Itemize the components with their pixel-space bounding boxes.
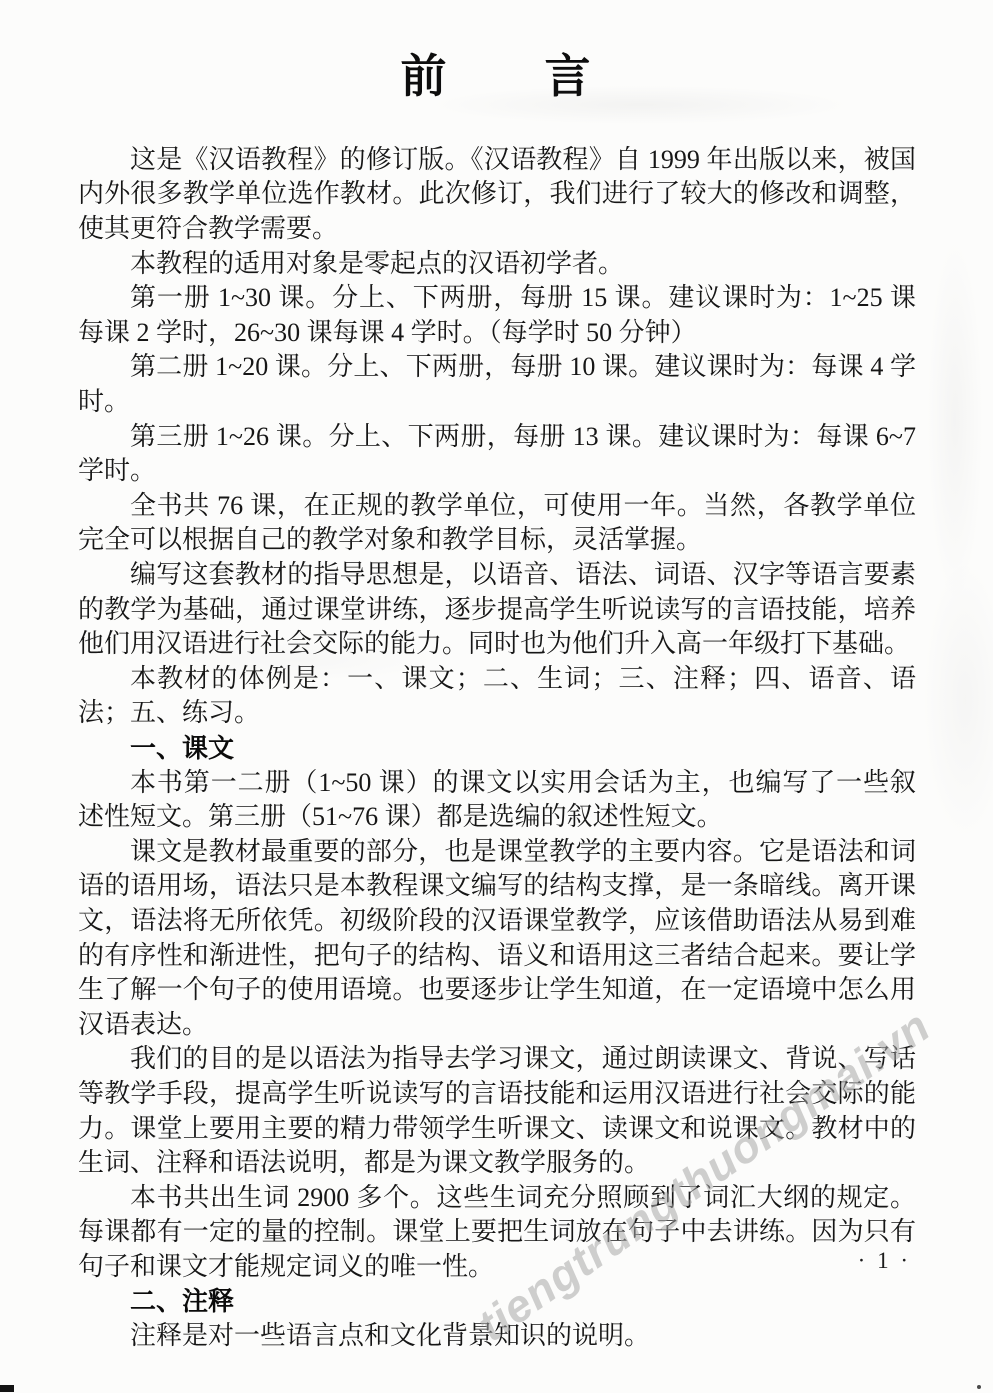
body-paragraph: 我们的目的是以语法为指导去学习课文，通过朗读课文、背说、写话等教学手段，提高学生… [78, 1042, 916, 1180]
section-heading: 二、注释 [78, 1284, 916, 1319]
preface-body: 这是《汉语教程》的修订版。《汉语教程》自 1999 年出版以来，被国内外很多教学… [78, 143, 916, 1354]
body-paragraph: 第二册 1~20 课。分上、下两册，每册 10 课。建议课时为：每课 4 学时。 [78, 350, 916, 419]
body-paragraph: 课文是教材最重要的部分，也是课堂教学的主要内容。它是语法和词语的语用场，语法只是… [78, 835, 916, 1043]
body-paragraph: 第三册 1~26 课。分上、下两册，每册 13 课。建议课时为：每课 6~7 学… [78, 420, 916, 489]
section-heading: 一、课文 [78, 731, 916, 766]
page-number: · 1 · [858, 1248, 911, 1274]
scan-corner-mark [0, 1385, 14, 1392]
body-paragraph: 本教程的适用对象是零起点的汉语初学者。 [78, 247, 916, 282]
body-paragraph: 编写这套教材的指导思想是，以语音、语法、词语、汉字等语言要素的教学为基础，通过课… [78, 558, 916, 662]
scanned-preface-page: 前 言 这是《汉语教程》的修订版。《汉语教程》自 1999 年出版以来，被国内外… [0, 0, 993, 1393]
body-paragraph: 注释是对一些语言点和文化背景知识的说明。 [78, 1319, 916, 1354]
body-paragraph: 本书共出生词 2900 多个。这些生词充分照顾到了词汇大纲的规定。每课都有一定的… [78, 1181, 916, 1285]
scan-dot-artifact [977, 1385, 981, 1389]
body-paragraph: 全书共 76 课，在正规的教学单位，可使用一年。当然，各教学单位完全可以根据自己… [78, 489, 916, 558]
body-paragraph: 本书第一二册（1~50 课）的课文以实用会话为主，也编写了一些叙述性短文。第三册… [78, 766, 916, 835]
body-paragraph: 本教材的体例是：一、课文；二、生词；三、注释；四、语音、语法；五、练习。 [78, 662, 916, 731]
body-paragraph: 这是《汉语教程》的修订版。《汉语教程》自 1999 年出版以来，被国内外很多教学… [78, 143, 916, 247]
page-title: 前 言 [0, 0, 993, 103]
body-paragraph: 第一册 1~30 课。分上、下两册，每册 15 课。建议课时为：1~25 课每课… [78, 281, 916, 350]
